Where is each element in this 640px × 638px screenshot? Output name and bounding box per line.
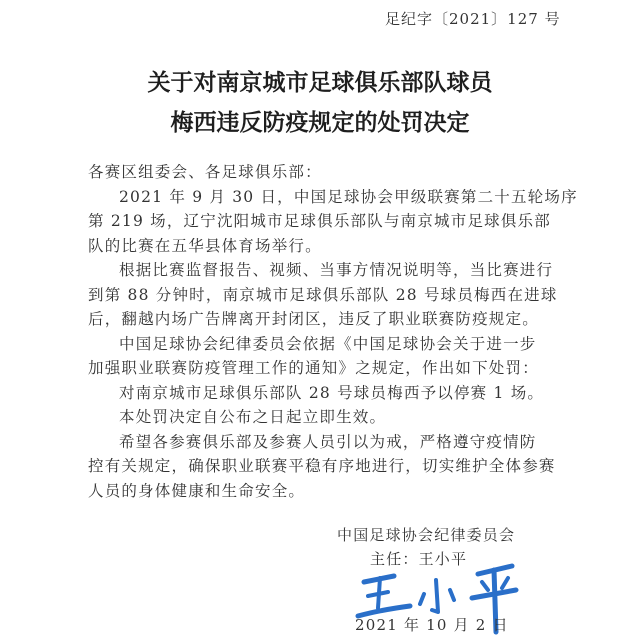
document-number: 足纪字〔2021〕127 号: [385, 8, 561, 29]
paragraph-2-line-3: 后，翻越内场广告牌离开封闭区，违反了职业联赛防疫规定。: [88, 307, 558, 332]
paragraph-1-line-1: 2021 年 9 月 30 日，中国足球协会甲级联赛第二十五轮场序: [88, 185, 558, 210]
effective-statement: 本处罚决定自公布之日起立即生效。: [88, 405, 558, 430]
paragraph-1-line-3: 队的比赛在五华县体育场举行。: [88, 234, 558, 259]
penalty-statement: 对南京城市足球俱乐部队 28 号球员梅西予以停赛 1 场。: [88, 381, 558, 406]
addressee: 各赛区组委会、各足球俱乐部：: [88, 160, 558, 185]
title-line-1: 关于对南京城市足球俱乐部队球员: [0, 64, 640, 97]
issue-date: 2021 年 10 月 2 日: [355, 614, 509, 635]
paragraph-2-line-1: 根据比赛监督报告、视频、当事方情况说明等，当比赛进行: [88, 258, 558, 283]
issuing-organization: 中国足球协会纪律委员会: [337, 524, 515, 545]
paragraph-6-line-1: 希望各参赛俱乐部及参赛人员引以为戒，严格遵守疫情防: [88, 430, 558, 455]
title-line-2: 梅西违反防疫规定的处罚决定: [0, 104, 640, 137]
paragraph-3-line-2: 加强职业联赛防疫管理工作的通知》之规定，作出如下处罚：: [88, 356, 558, 381]
paragraph-2-line-2: 到第 88 分钟时，南京城市足球俱乐部队 28 号球员梅西在进球: [88, 283, 558, 308]
document-body: 各赛区组委会、各足球俱乐部： 2021 年 9 月 30 日，中国足球协会甲级联…: [88, 160, 558, 503]
paragraph-6-line-2: 控有关规定，确保职业联赛平稳有序地进行，切实维护全体参赛: [88, 454, 558, 479]
paragraph-1-line-2: 第 219 场，辽宁沈阳城市足球俱乐部队与南京城市足球俱乐部: [88, 209, 558, 234]
paragraph-3-line-1: 中国足球协会纪律委员会依据《中国足球协会关于进一步: [88, 332, 558, 357]
paragraph-6-line-3: 人员的身体健康和生命安全。: [88, 479, 558, 504]
